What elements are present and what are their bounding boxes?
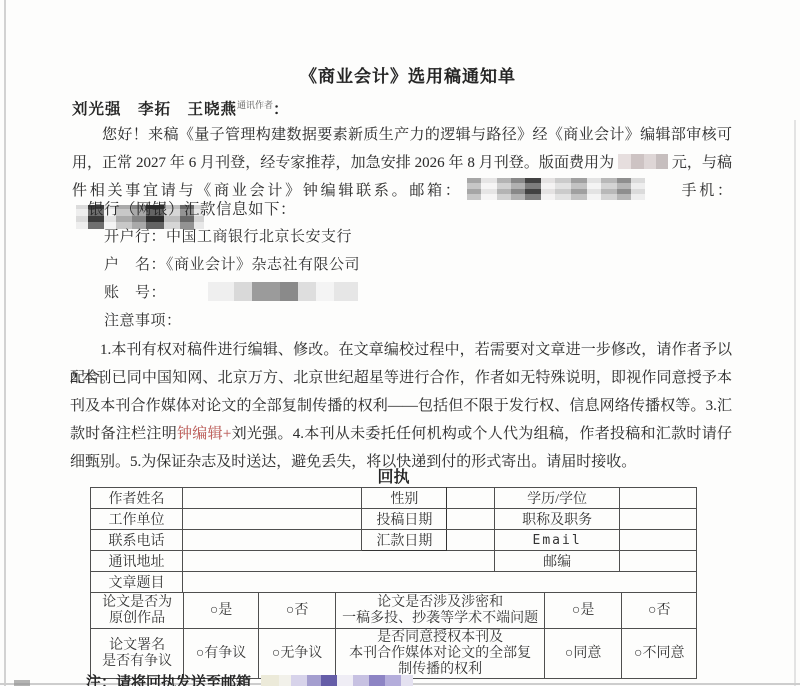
- recipients-colon: ：: [273, 101, 290, 118]
- receipt-question-table: 论文是否为 原创作品 ○是 ○否 论文是否涉及涉密和 一稿多投、抄袭等学术不端问…: [90, 592, 697, 679]
- cell-title-position-label: 职称及职务: [495, 509, 620, 530]
- bank-account-number-label: 账 号：: [104, 285, 166, 301]
- notes-items-2-5: 2.本刊已同中国知网、北京万方、北京世纪超星等进行合作，作者如无特殊说明，即视作…: [70, 364, 732, 476]
- table-row: 作者姓名 性别 学历/学位: [91, 488, 697, 509]
- cell-degree-value: [620, 488, 697, 509]
- document-page: 《商业会计》选用稿通知单 刘光强 李拓 王晓燕通讯作者： 您好！来稿《量子管理构…: [0, 0, 800, 686]
- cell-phone-label: 联系电话: [91, 530, 183, 551]
- redacted-footer-email: [261, 675, 413, 686]
- receipt-heading: 回执: [90, 464, 697, 487]
- intro-text-3: 手机：: [679, 183, 732, 199]
- scan-edge-right: [794, 120, 796, 686]
- receipt-table: 作者姓名 性别 学历/学位 工作单位 投稿日期 职称及职务 联系电话 汇款日期: [90, 487, 697, 679]
- radio-misconduct-no: ○否: [622, 593, 697, 629]
- radio-license-disagree: ○不同意: [622, 629, 697, 679]
- bank-account-number-row: 账 号：: [104, 281, 358, 302]
- radio-misconduct-yes: ○是: [544, 593, 622, 629]
- radio-license-agree: ○同意: [544, 629, 622, 679]
- cell-postcode-value: [620, 551, 697, 572]
- bank-info-heading: 银行（网银）汇款信息如下：: [88, 197, 296, 219]
- scan-artifact: [14, 680, 30, 686]
- cell-employer-value: [183, 509, 362, 530]
- cell-phone-value: [183, 530, 362, 551]
- cell-article-title-label: 文章题目: [91, 572, 183, 593]
- footer-note-text: 注：请将回执发送至邮箱: [86, 675, 251, 686]
- cell-submit-date-value: [447, 509, 495, 530]
- cell-address-label: 通讯地址: [91, 551, 183, 572]
- cell-email-value: [620, 530, 697, 551]
- radio-original-yes: ○是: [184, 593, 259, 629]
- cell-remit-date-label: 汇款日期: [362, 530, 447, 551]
- redacted-email: [467, 178, 645, 200]
- receipt-info-table: 作者姓名 性别 学历/学位 工作单位 投稿日期 职称及职务 联系电话 汇款日期: [90, 487, 697, 593]
- cell-article-title-value: [183, 572, 697, 593]
- editor-remittance-tag: 钟编辑+: [177, 426, 231, 442]
- cell-author-name-label: 作者姓名: [91, 488, 183, 509]
- recipients-line: 刘光强 李拓 王晓燕通讯作者：: [72, 97, 290, 119]
- table-row: 文章题目: [91, 572, 697, 593]
- cell-author-name-value: [183, 488, 362, 509]
- cell-postcode-label: 邮编: [495, 551, 620, 572]
- cell-title-position-value: [620, 509, 697, 530]
- page-title: 《商业会计》选用稿通知单: [72, 62, 744, 87]
- table-row: 联系电话 汇款日期 Email: [91, 530, 697, 551]
- scan-edge-left: [4, 0, 6, 686]
- bank-branch-label: 开户行：: [104, 229, 166, 245]
- bank-branch-row: 开户行：中国工商银行北京长安支行: [104, 225, 352, 246]
- cell-remit-date-value: [447, 530, 495, 551]
- bank-account-name-value: 《商业会计》杂志社有限公司: [166, 257, 360, 273]
- footer-note: 注：请将回执发送至邮箱: [86, 671, 413, 686]
- recipient-names: 刘光强 李拓 王晓燕: [72, 101, 237, 118]
- table-row: 工作单位 投稿日期 职称及职务: [91, 509, 697, 530]
- cell-gender-value: [447, 488, 495, 509]
- cell-gender-label: 性别: [362, 488, 447, 509]
- cell-email-label: Email: [495, 530, 620, 551]
- cell-employer-label: 工作单位: [91, 509, 183, 530]
- cell-original-work-label: 论文是否为 原创作品: [91, 593, 184, 629]
- bank-branch-value: 中国工商银行北京长安支行: [166, 229, 352, 245]
- corresponding-author-superscript: 通讯作者: [237, 100, 273, 110]
- cell-submit-date-label: 投稿日期: [362, 509, 447, 530]
- bank-account-name-label: 户 名：: [104, 257, 166, 273]
- redacted-account-number: [208, 282, 358, 301]
- notes-heading: 注意事项：: [104, 309, 182, 330]
- cell-address-value: [183, 551, 495, 572]
- radio-original-no: ○否: [258, 593, 336, 629]
- table-row: 通讯地址 邮编: [91, 551, 697, 572]
- bank-account-name-row: 户 名：《商业会计》杂志社有限公司: [104, 253, 360, 274]
- cell-degree-label: 学历/学位: [495, 488, 620, 509]
- cell-misconduct-question: 论文是否涉及涉密和 一稿多投、抄袭等学术不端问题: [336, 593, 544, 629]
- table-row: 论文是否为 原创作品 ○是 ○否 论文是否涉及涉密和 一稿多投、抄袭等学术不端问…: [91, 593, 697, 629]
- redacted-fee-amount: [618, 154, 668, 169]
